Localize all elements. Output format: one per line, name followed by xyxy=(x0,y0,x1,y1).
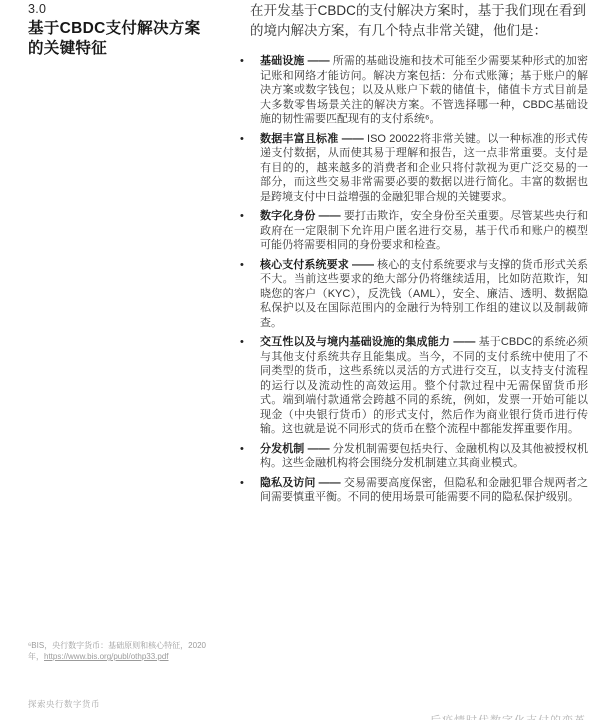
bullet-icon: • xyxy=(240,442,244,457)
intro-paragraph: 在开发基于CBDC的支付解决方案时，基于我们现在看到的境内解决方案，有几个特点非… xyxy=(250,1,586,41)
bullet-separator: —— xyxy=(338,133,367,145)
bullet-icon: • xyxy=(240,132,244,147)
bullet-title: 核心支付系统要求 xyxy=(260,259,349,271)
bullet-icon: • xyxy=(240,54,244,69)
footer-left: 探索央行数字货币 xyxy=(28,698,100,710)
bullet-title: 交互性以及与境内基础设施的集成能力 xyxy=(260,336,450,348)
bullet-body: 基于CBDC的系统必须与其他支付系统共存且能集成。当今，不同的支付系统中使用了不… xyxy=(260,336,588,435)
document-page: 3.0 基于CBDC支付解决方案的关键特征 在开发基于CBDC的支付解决方案时，… xyxy=(0,0,600,720)
bullet-separator: —— xyxy=(316,477,344,489)
bullet-title: 基础设施 xyxy=(260,55,304,67)
bullet-separator: —— xyxy=(304,55,332,67)
bullet-icon: • xyxy=(240,335,244,350)
footer-right: 后疫情时代数字化支付的变革 xyxy=(430,712,586,720)
bullet-list: •基础设施 —— 所需的基础设施和技术可能至少需要某种形式的加密记账和网络才能访… xyxy=(238,54,588,505)
bullet-item: •核心支付系统要求 —— 核心的支付系统要求与支撑的货币形式关系不大。当前这些要… xyxy=(238,258,588,331)
bullet-item: •数据丰富且标准 —— ISO 20022将非常关键。以一种标准的形式传递支付数… xyxy=(238,132,588,205)
footnote-link[interactable]: https://www.bis.org/publ/othp33.pdf xyxy=(44,652,169,661)
bullet-title: 数字化身份 xyxy=(260,210,316,222)
bullet-title: 分发机制 xyxy=(260,443,304,455)
bullet-icon: • xyxy=(240,258,244,273)
left-column: 3.0 基于CBDC支付解决方案的关键特征 xyxy=(28,2,224,59)
bullet-item: •数字化身份 —— 要打击欺诈，安全身份至关重要。尽管某些央行和政府在一定限制下… xyxy=(238,209,588,253)
bullet-item: •隐私及访问 —— 交易需要高度保密，但隐私和金融犯罪合规两者之间需要慎重平衡。… xyxy=(238,476,588,505)
bullet-item: •分发机制 —— 分发机制需要包括央行、金融机构以及其他被授权机构。这些金融机构… xyxy=(238,442,588,471)
footnote: ⁶BIS，央行数字货币：基础原则和核心特征，2020年，https://www.… xyxy=(28,640,220,662)
body-column: 在开发基于CBDC的支付解决方案时，基于我们现在看到的境内解决方案，有几个特点非… xyxy=(238,1,588,510)
bullet-item: •交互性以及与境内基础设施的集成能力 —— 基于CBDC的系统必须与其他支付系统… xyxy=(238,335,588,437)
section-title: 基于CBDC支付解决方案的关键特征 xyxy=(28,19,214,59)
bullet-separator: —— xyxy=(349,259,377,271)
bullet-item: •基础设施 —— 所需的基础设施和技术可能至少需要某种形式的加密记账和网络才能访… xyxy=(238,54,588,127)
bullet-separator: —— xyxy=(304,443,332,455)
bullet-icon: • xyxy=(240,209,244,224)
bullet-title: 隐私及访问 xyxy=(260,477,316,489)
bullet-separator: —— xyxy=(316,210,344,222)
bullet-separator: —— xyxy=(450,336,478,348)
section-number: 3.0 xyxy=(28,2,224,16)
bullet-title: 数据丰富且标准 xyxy=(260,133,338,145)
bullet-icon: • xyxy=(240,476,244,491)
